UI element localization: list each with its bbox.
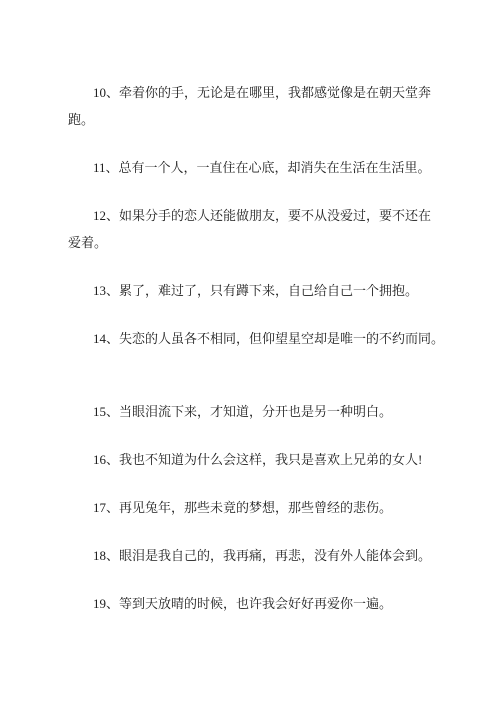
quote-line: 14、失恋的人虽各不相同，但仰望星空却是唯一的不约而同。 xyxy=(68,325,440,352)
quote-line: 19、等到天放晴的时候，也许我会好好再爱你一遍。 xyxy=(68,590,440,617)
quote-line: 18、眼泪是我自己的，我再痛，再悲，没有外人能体会到。 xyxy=(68,542,440,569)
quote-item-12: 12、如果分手的恋人还能做朋友，要不从没爱过，要不还在爱着。 xyxy=(68,202,440,256)
quote-item-15: 15、当眼泪流下来，才知道，分开也是另一种明白。 xyxy=(68,398,440,425)
quote-item-10: 10、牵着你的手，无论是在哪里，我都感觉像是在朝天堂奔跑。 xyxy=(68,79,440,133)
quote-item-19: 19、等到天放晴的时候，也许我会好好再爱你一遍。 xyxy=(68,590,440,617)
document-page: 10、牵着你的手，无论是在哪里，我都感觉像是在朝天堂奔跑。11、总有一个人，一直… xyxy=(0,0,500,707)
quote-line: 17、再见兔年，那些未竟的梦想，那些曾经的悲伤。 xyxy=(68,494,440,521)
quote-line: 11、总有一个人，一直住在心底，却消失在生活在生活里。 xyxy=(68,154,440,181)
quote-line: 16、我也不知道为什么会这样，我只是喜欢上兄弟的女人! xyxy=(68,446,440,473)
quote-line: 跑。 xyxy=(68,106,440,133)
quote-item-14: 14、失恋的人虽各不相同，但仰望星空却是唯一的不约而同。 xyxy=(68,325,440,352)
quote-item-13: 13、累了，难过了，只有蹲下来，自己给自己一个拥抱。 xyxy=(68,277,440,304)
quote-line: 10、牵着你的手，无论是在哪里，我都感觉像是在朝天堂奔 xyxy=(68,79,440,106)
quote-item-18: 18、眼泪是我自己的，我再痛，再悲，没有外人能体会到。 xyxy=(68,542,440,569)
quotes-list: 10、牵着你的手，无论是在哪里，我都感觉像是在朝天堂奔跑。11、总有一个人，一直… xyxy=(68,79,440,617)
quote-item-17: 17、再见兔年，那些未竟的梦想，那些曾经的悲伤。 xyxy=(68,494,440,521)
quote-line: 12、如果分手的恋人还能做朋友，要不从没爱过，要不还在 xyxy=(68,202,440,229)
quote-line: 爱着。 xyxy=(68,229,440,256)
quote-item-16: 16、我也不知道为什么会这样，我只是喜欢上兄弟的女人! xyxy=(68,446,440,473)
quote-line: 15、当眼泪流下来，才知道，分开也是另一种明白。 xyxy=(68,398,440,425)
quote-line: 13、累了，难过了，只有蹲下来，自己给自己一个拥抱。 xyxy=(68,277,440,304)
quote-item-11: 11、总有一个人，一直住在心底，却消失在生活在生活里。 xyxy=(68,154,440,181)
